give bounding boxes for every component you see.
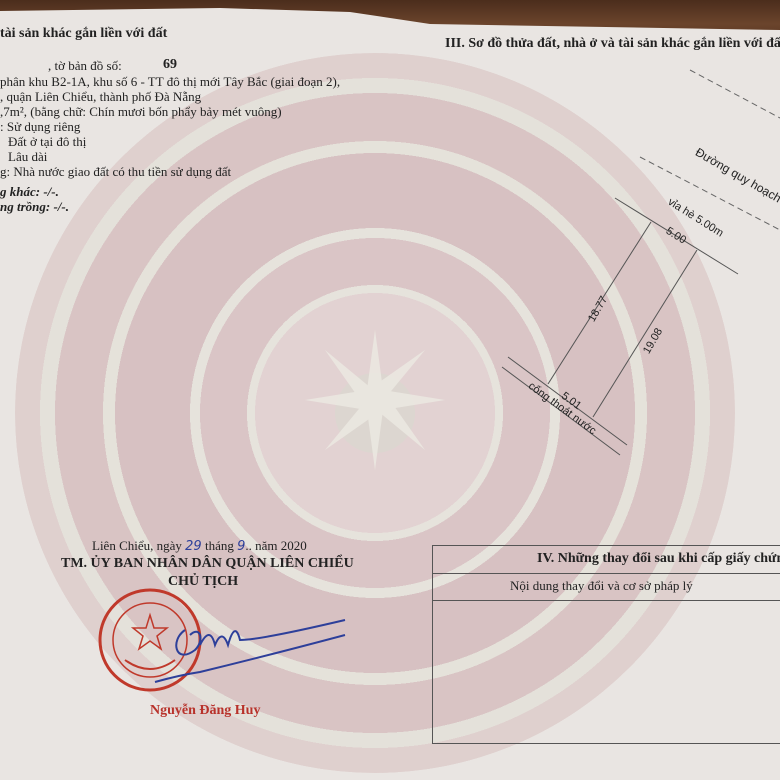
section-4-column-header: Nội dung thay đổi và cơ sở pháp lý (510, 578, 693, 594)
table-divider (432, 573, 780, 574)
section-4-title: IV. Những thay đổi sau khi cấp giấy chứn… (537, 551, 780, 567)
table-divider (432, 600, 780, 601)
section-4-table (432, 545, 780, 744)
